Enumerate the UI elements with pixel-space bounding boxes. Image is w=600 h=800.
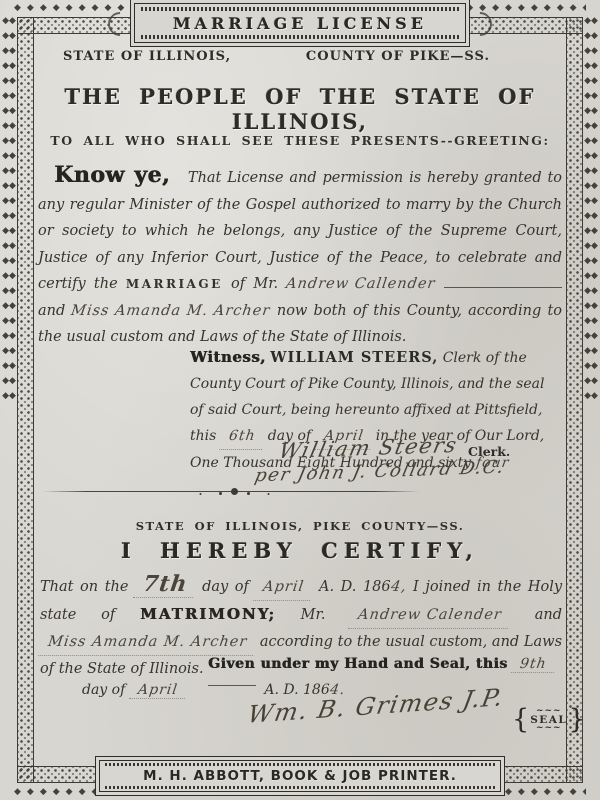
certificate-month-handwritten: April [254,574,315,601]
and-word: and [38,303,65,319]
section-divider [42,491,420,492]
ad-prefix: A. D. 186 [319,579,391,595]
clerk-name: WILLIAM STEERS, [270,349,438,366]
jurisdiction-row: STATE OF ILLINOIS, COUNTY OF PIKE—SS. [40,49,560,64]
license-day-handwritten: 6th [219,423,265,450]
cert-day-of-label: day of [202,579,249,595]
state-label: STATE OF ILLINOIS, [63,49,231,64]
certificate-bride-handwritten: Miss Amanda M. Archer [38,629,257,656]
certify-heading: I HEREBY CERTIFY, [30,538,570,563]
seal-stamp: { ~~~ SEAL ~~~ } [512,706,586,733]
mr-label: Mr. [253,276,278,292]
ad-year-handwritten: 4, [389,574,408,600]
given-day-of-label: day of [82,682,125,698]
license-body-paragraph: Know ye, That License and permission is … [38,162,562,351]
border-ornament-left: ◆◆◆◆◆◆◆◆◆◆◆◆◆◆◆◆◆◆◆◆◆◆◆◆◆◆◆◆◆◆◆◆◆◆◆◆◆◆◆◆… [2,14,16,786]
printer-credit: M. H. ABBOTT, BOOK & JOB PRINTER. [143,768,457,784]
of-word: of [231,276,245,292]
witness-word: Witness, [190,348,266,366]
cert-and-word: and [535,607,562,623]
marriage-word: MARRIAGE [126,277,223,291]
certificate-jurisdiction-heading: STATE OF ILLINOIS, PIKE COUNTY—SS. [30,519,570,533]
document-title: MARRIAGE LICENSE [173,14,427,33]
title-banner: MARRIAGE LICENSE [134,3,466,43]
seal-brace-left-icon: { [512,706,529,733]
given-day-handwritten: 9th [511,656,556,673]
bride-name-handwritten: Miss Amanda M. Archer [70,298,273,325]
blank-line [444,275,562,288]
people-of-state-heading: THE PEOPLE OF THE STATE OF ILLINOIS, [30,84,570,134]
given-month-handwritten: April [129,682,187,699]
matrimony-word: MATRIMONY; [140,605,276,623]
given-word: Given under my Hand and Seal, this [208,656,508,672]
marriage-license-document: ◆◆◆◆◆◆◆◆◆◆◆◆◆◆◆◆◆◆◆◆◆◆◆◆◆◆◆◆◆◆◆◆◆◆◆◆◆◆◆◆… [0,0,600,800]
certificate-groom-handwritten: Andrew Calender [348,602,512,629]
know-ye-heading: Know ye, [38,162,170,188]
seal-core: ~~~ SEAL ~~~ [530,709,567,731]
that-on-the: That on the [40,579,128,595]
seal-brace-right-icon: } [568,706,585,733]
printer-banner: M. H. ABBOTT, BOOK & JOB PRINTER. [99,760,501,792]
seal-wave-bottom-icon: ~~~ [536,726,562,731]
groom-name-handwritten: Andrew Callender [285,271,438,298]
certificate-day-handwritten: 7th [133,571,197,598]
county-label: COUNTY OF PIKE—SS. [306,49,490,64]
cert-mr-label: Mr. [301,607,326,623]
greeting-line: TO ALL WHO SHALL SEE THESE PRESENTS--GRE… [30,133,570,148]
